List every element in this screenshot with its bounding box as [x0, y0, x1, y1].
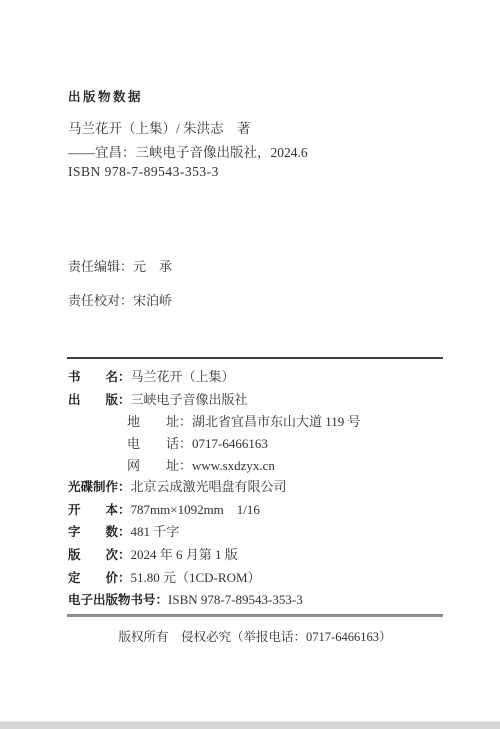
info-row-label: 出 版：: [68, 390, 131, 412]
cip-title-line: 马兰花开（上集）/ 朱洪志 著: [68, 117, 251, 137]
info-row-label: 开 本：: [68, 500, 131, 522]
info-row-value: 787mm×1092mm 1/16: [131, 502, 260, 517]
info-row: 定 价：51.80 元（1CD-ROM）: [68, 567, 450, 590]
staff-row-value: 元 承: [133, 259, 172, 274]
info-row-value: 2024 年 6 月第 1 版: [131, 547, 238, 562]
info-row: 开 本：787mm×1092mm 1/16: [68, 499, 450, 522]
info-row: 电 话：0717-6466163: [68, 433, 450, 455]
info-row-value: 湖北省宜昌市东山大道 119 号: [192, 414, 361, 429]
staff-row-label: 责任校对：: [68, 293, 133, 308]
staff-row: 责任校对：宋泊峤: [68, 290, 172, 309]
cip-isbn-line: ISBN 978-7-89543-353-3: [68, 164, 219, 180]
info-row: 出 版：三峡电子音像出版社: [68, 389, 450, 412]
info-row: 地 址：湖北省宜昌市东山大道 119 号: [68, 411, 450, 433]
info-row-value: 北京云成激光唱盘有限公司: [131, 479, 287, 494]
info-row-value: www.sxdzyx.cn: [192, 458, 275, 473]
info-row-value: 0717-6466163: [192, 436, 268, 451]
staff-row: 责任编辑：元 承: [68, 256, 172, 275]
cip-publisher-line: ——宜昌：三峡电子音像出版社，2024.6: [68, 141, 308, 161]
info-row-label: 光碟制作：: [68, 477, 131, 499]
info-row-label: 书 名：: [68, 367, 131, 389]
info-row: 版 次：2024 年 6 月第 1 版: [68, 544, 450, 567]
staff-row-label: 责任编辑：: [68, 259, 133, 274]
copyright-notice: 版权所有 侵权必究（举报电话：0717-6466163）: [67, 627, 443, 645]
info-row-value: 481 千字: [131, 524, 180, 539]
info-row: 字 数：481 千字: [68, 521, 450, 544]
publication-info-block: 书 名：马兰花开（上集）出 版：三峡电子音像出版社地 址：湖北省宜昌市东山大道 …: [68, 366, 450, 612]
info-row: 光碟制作：北京云成激光唱盘有限公司: [68, 476, 450, 499]
page-bottom-edge: [0, 721, 500, 729]
info-row-label: 电子出版物书号：: [68, 590, 168, 612]
info-row: 书 名：马兰花开（上集）: [68, 366, 450, 389]
info-row-label: 地 址：: [127, 414, 192, 429]
info-row-value: 51.80 元（1CD-ROM）: [131, 570, 261, 585]
info-row-value: ISBN 978-7-89543-353-3: [168, 592, 303, 607]
info-row: 电子出版物书号：ISBN 978-7-89543-353-3: [68, 589, 450, 612]
info-row-label: 电 话：: [127, 436, 192, 451]
divider-bottom: [67, 614, 443, 617]
info-row-label: 版 次：: [68, 545, 131, 567]
info-row-label: 网 址：: [127, 458, 192, 473]
staff-row-value: 宋泊峤: [133, 293, 172, 308]
info-row-label: 字 数：: [68, 522, 131, 544]
cip-heading: 出版物数据: [68, 87, 143, 105]
info-row-value: 三峡电子音像出版社: [131, 392, 248, 407]
staff-block: 责任编辑：元 承责任校对：宋泊峤: [68, 256, 172, 309]
divider-top: [67, 357, 443, 359]
copyright-page: 出版物数据 马兰花开（上集）/ 朱洪志 著 ——宜昌：三峡电子音像出版社，202…: [0, 0, 500, 729]
info-row: 网 址：www.sxdzyx.cn: [68, 455, 450, 477]
info-row-label: 定 价：: [68, 568, 131, 590]
info-row-value: 马兰花开（上集）: [131, 369, 235, 384]
